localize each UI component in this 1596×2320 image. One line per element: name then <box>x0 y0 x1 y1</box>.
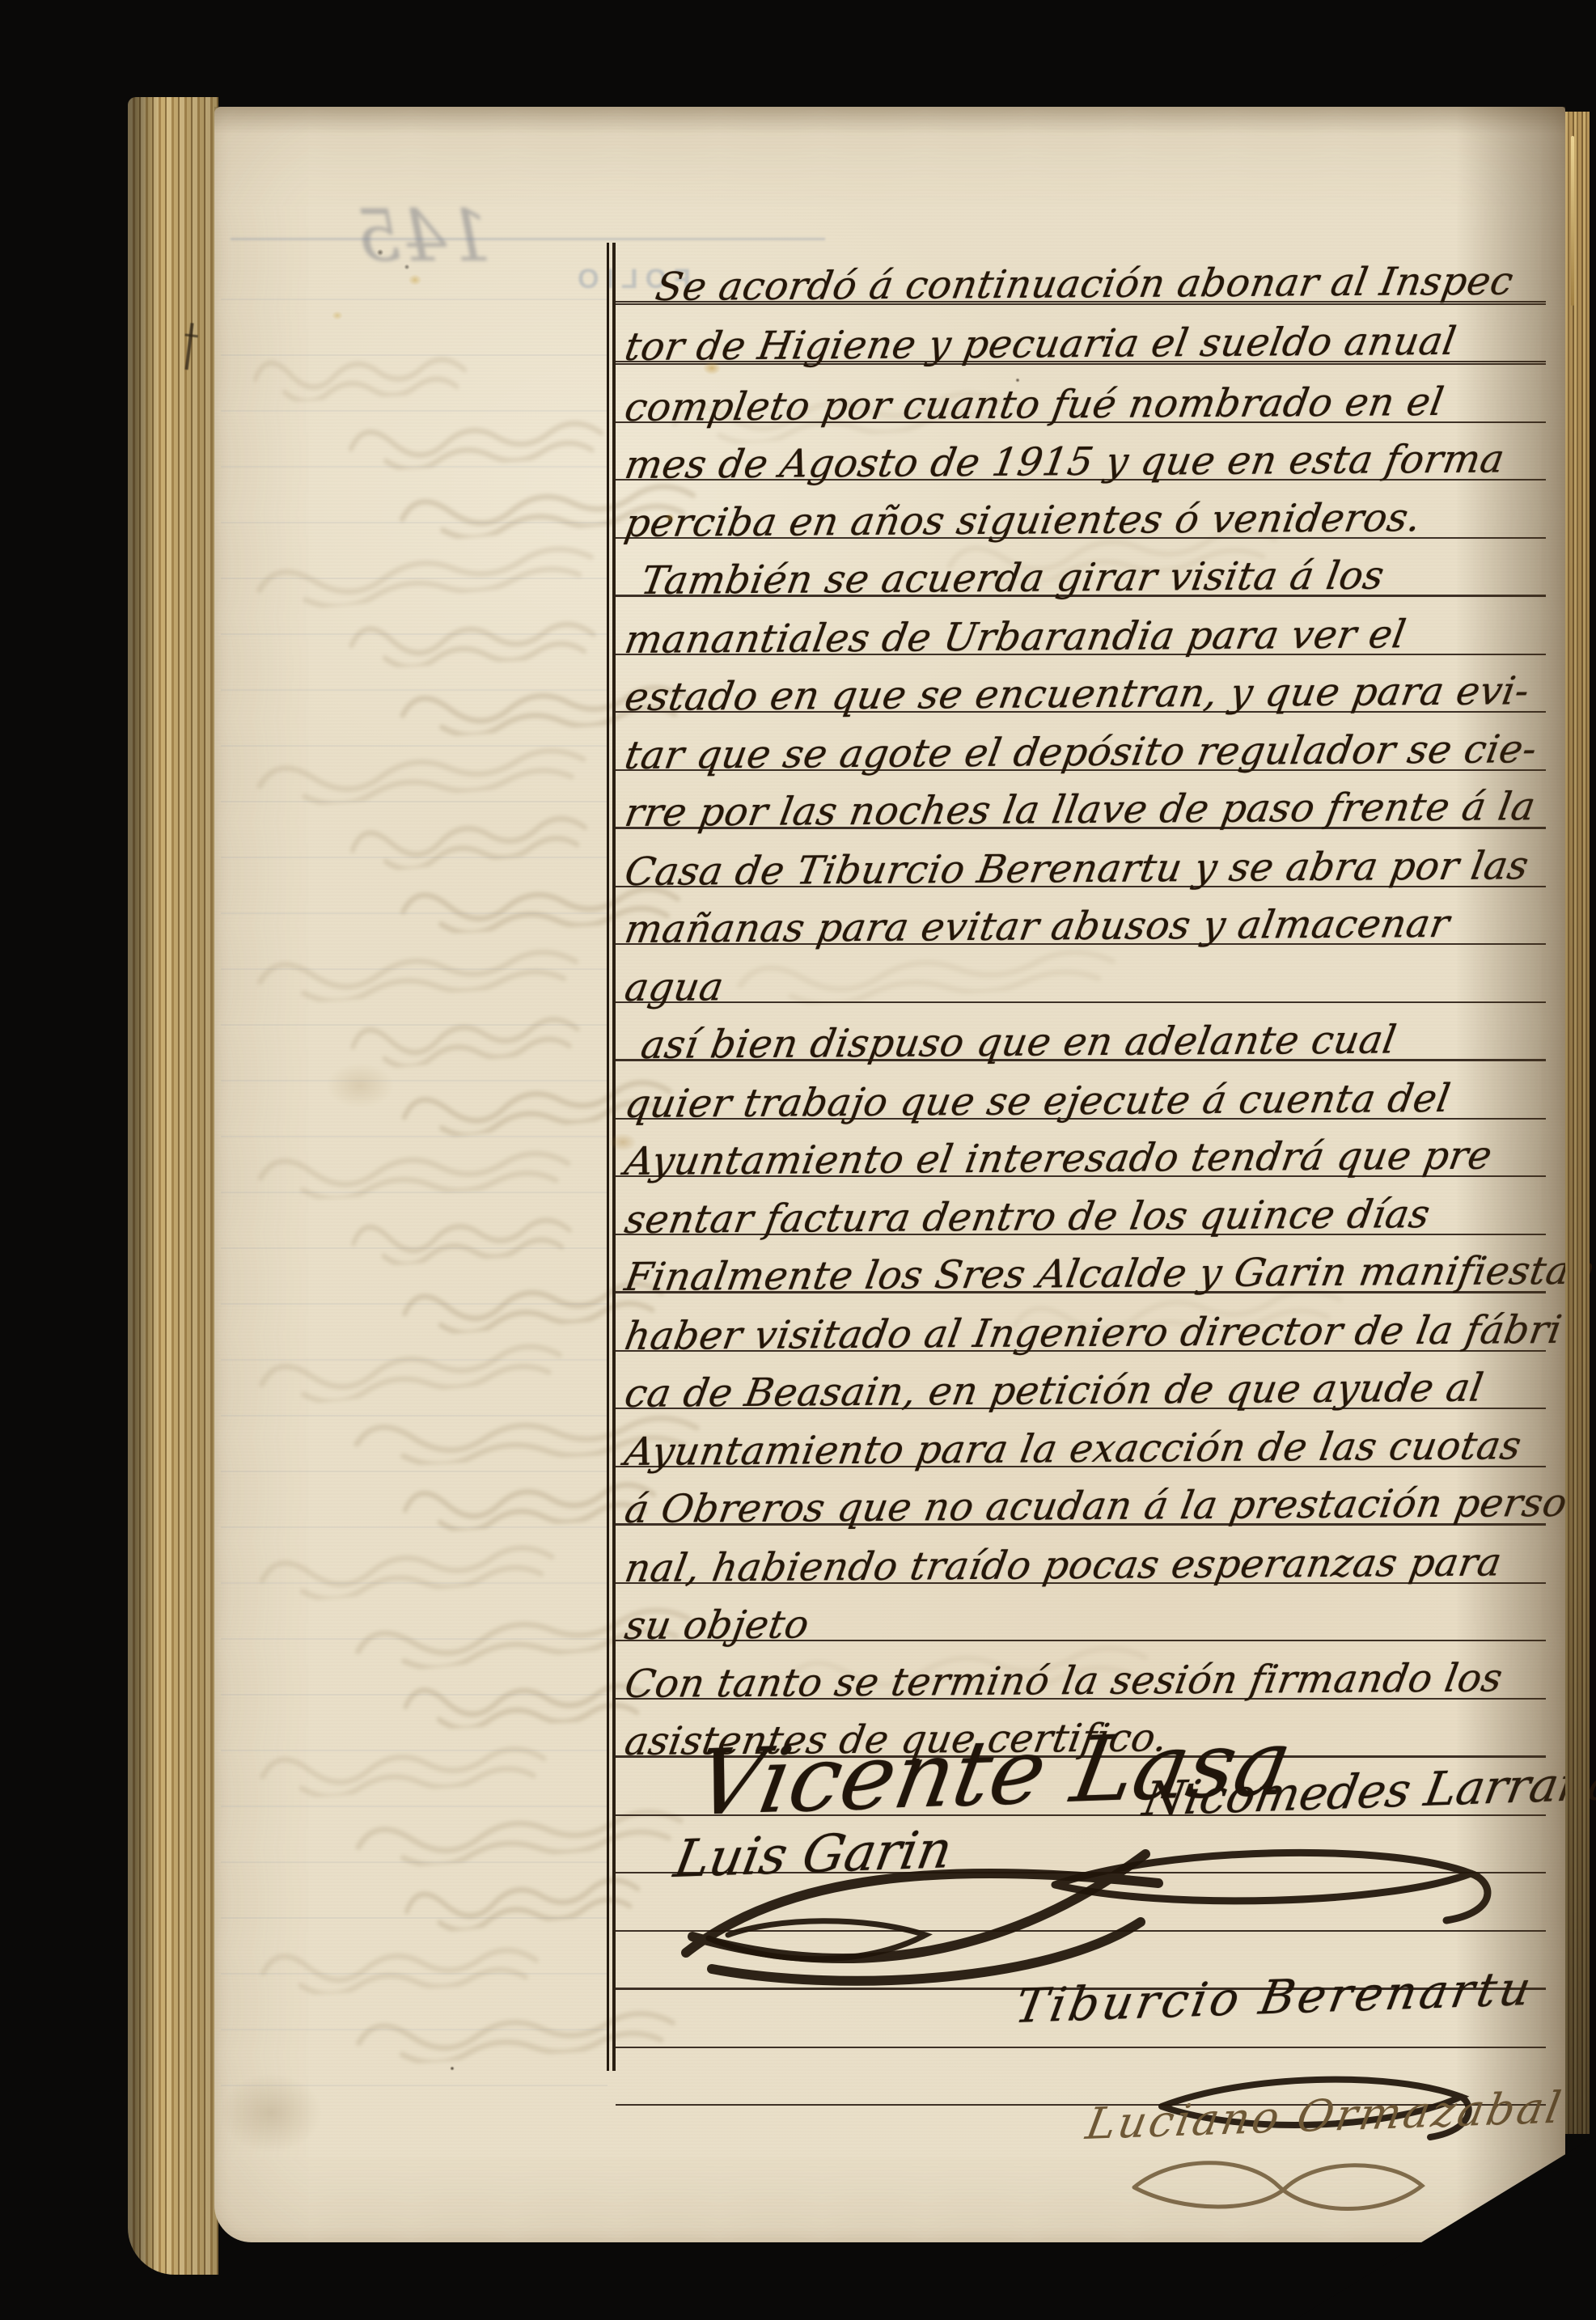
manuscript-line: agua <box>616 945 1546 1003</box>
manuscript-line-text: Ayuntamiento el interesado tendrá que pr… <box>622 1137 1495 1181</box>
page-top-shadow <box>214 107 1565 134</box>
manuscript-line-text: quier trabajo que se ejecute á cuenta de… <box>622 1078 1453 1123</box>
manuscript-line: mañanas para evitar abusos y almacenar <box>616 887 1546 946</box>
signature-flourish <box>1044 1835 1513 1940</box>
manuscript-line-text: Ayuntamiento para la exacción de las cuo… <box>622 1426 1524 1471</box>
manuscript-line: manantiales de Urbarandia para ver el <box>616 597 1546 655</box>
gutter-shadow <box>1456 107 1565 2242</box>
manuscript-line: tar que se agote el depósito regulador s… <box>616 713 1546 771</box>
manuscript-line-text: así bien dispuso que en adelante cual <box>638 1020 1399 1065</box>
manuscript-line-text: sentar factura dentro de los quince días <box>622 1195 1433 1239</box>
manuscript-line: así bien dispuso que en adelante cual <box>616 1003 1546 1062</box>
manuscript-line-text: completo por cuanto fué nombrado en el <box>622 382 1446 426</box>
manuscript-line: Casa de Tiburcio Berenartu y se abra por… <box>616 829 1546 887</box>
binding-thread <box>1571 136 1574 306</box>
margin-rule <box>607 243 616 2071</box>
manuscript-line-text: También se acuerda girar visita á los <box>638 557 1387 600</box>
manuscript-line: sentar factura dentro de los quince días <box>616 1177 1546 1235</box>
manuscript-line-text: estado en que se encuentran, y que para … <box>622 671 1532 717</box>
adjacent-page-edges <box>1565 112 1590 2134</box>
signature-luis-garin: Luis Garin <box>670 1820 956 1890</box>
manuscript-line-text: su objeto <box>622 1605 812 1645</box>
manuscript-line: Con tanto se terminó la sesión firmando … <box>616 1641 1546 1700</box>
manuscript-line: Ayuntamiento el interesado tendrá que pr… <box>616 1120 1546 1178</box>
manuscript-line: Ayuntamiento para la exacción de las cuo… <box>616 1409 1546 1467</box>
manuscript-line-text: ca de Beasain, en petición de que ayude … <box>622 1369 1486 1413</box>
manuscript-line-text: mes de Agosto de 1915 y que en esta form… <box>622 439 1508 485</box>
signature-flourish <box>696 1903 938 1983</box>
manuscript-line: nal, habiendo traído pocas esperanzas pa… <box>616 1526 1546 1584</box>
manuscript-line-text: nal, habiendo traído pocas esperanzas pa… <box>622 1543 1505 1588</box>
manuscript-line-text: á Obreros que no acudan á la prestación … <box>622 1484 1570 1529</box>
manuscript-line: ca de Beasain, en petición de que ayude … <box>616 1352 1546 1410</box>
manuscript-line-text: agua <box>622 967 726 1007</box>
book-page-stack-edge <box>128 97 218 2275</box>
manuscript-line-text: mañanas para evitar abusos y almacenar <box>622 904 1453 949</box>
manuscript-line: haber visitado al Ingeniero director de … <box>616 1293 1546 1352</box>
manuscript-line-text: tor de Higiene y pecuaria el sueldo anua… <box>622 322 1459 366</box>
manuscript-line-text: Finalmente los Sres Alcalde y Garin mani… <box>622 1251 1596 1297</box>
manuscript-line: á Obreros que no acudan á la prestación … <box>616 1467 1546 1526</box>
manuscript-page: 145 FOLIO Se acordó á continuación abona… <box>214 107 1565 2242</box>
scanned-book-photo: 145 FOLIO Se acordó á continuación abona… <box>0 0 1596 2320</box>
manuscript-line: estado en que se encuentran, y que para … <box>616 655 1546 713</box>
manuscript-line: Finalmente los Sres Alcalde y Garin mani… <box>616 1235 1546 1294</box>
manuscript-line: quier trabajo que se ejecute á cuenta de… <box>616 1061 1546 1120</box>
manuscript-line: su objeto <box>616 1584 1546 1642</box>
manuscript-line: También se acuerda girar visita á los <box>616 539 1546 598</box>
manuscript-line: mes de Agosto de 1915 y que en esta form… <box>616 423 1546 481</box>
manuscript-line-text: tar que se agote el depósito regulador s… <box>622 730 1540 775</box>
manuscript-line: tor de Higiene y pecuaria el sueldo anua… <box>616 305 1546 366</box>
manuscript-line-text: perciba en años siguientes ó venideros. <box>622 498 1424 543</box>
manuscript-line-text: Con tanto se terminó la sesión firmando … <box>622 1658 1505 1704</box>
manuscript-line: perciba en años siguientes ó venideros. <box>616 481 1546 539</box>
manuscript-line: Se acordó á continuación abonar al Inspe… <box>616 244 1546 305</box>
manuscript-line: rre por las noches la llave de paso fren… <box>616 771 1546 830</box>
manuscript-line-text: manantiales de Urbarandia para ver el <box>622 615 1408 659</box>
manuscript-line-text: rre por las noches la llave de paso fren… <box>622 787 1539 832</box>
manuscript-line: completo por cuanto fué nombrado en el <box>616 365 1546 423</box>
manuscript-line-text: Se acordó á continuación abonar al Inspe… <box>653 261 1516 306</box>
manuscript-line-text: haber visitado al Ingeniero director de … <box>622 1310 1564 1355</box>
manuscript-line-text: Casa de Tiburcio Berenartu y se abra por… <box>622 846 1531 891</box>
signature-flourish <box>1116 2145 1440 2226</box>
folio-header-rule-showthrough <box>231 238 825 240</box>
